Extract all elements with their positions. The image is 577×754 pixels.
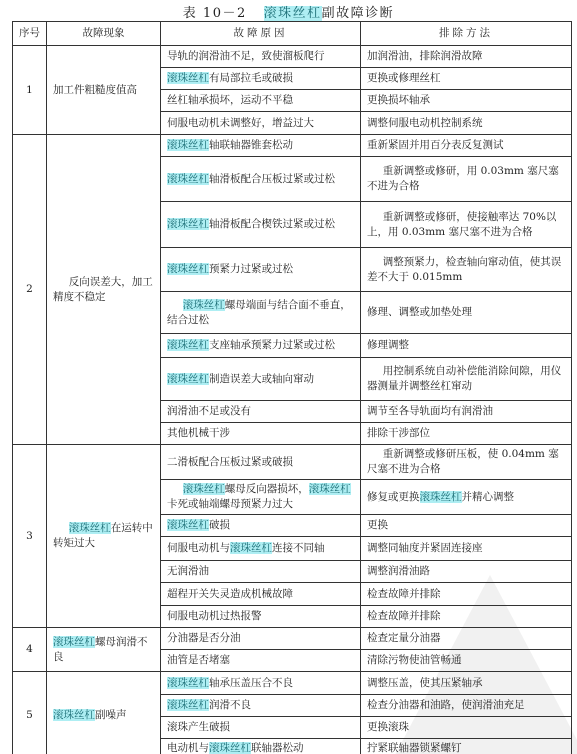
fault-cause: 滚珠丝杠制造误差大或轴向窜动: [161, 358, 361, 401]
symptom-highlight: 滚珠丝杠: [69, 522, 111, 534]
cause-text: 预紧力过紧或过松: [209, 263, 293, 275]
table-body: 1加工件粗糙度值高导轨的润滑油不足，致使溜板爬行加润滑油，排除润滑故障滚珠丝杠有…: [13, 46, 572, 754]
fault-cause: 分油器是否分油: [161, 628, 361, 650]
fix-method: 检查故障并排除: [361, 583, 572, 606]
fix-text: 检查故障并排除: [367, 588, 441, 600]
fault-cause: 伺服电动机过热报警: [161, 606, 361, 628]
cause-text: 油管是否堵塞: [167, 654, 230, 666]
title-suffix: 副故障诊断: [322, 6, 395, 21]
cause-highlight: 滚珠丝杠: [183, 483, 225, 495]
fix-text: 调整润滑油路: [367, 565, 430, 577]
symptom-highlight: 滚珠丝杠: [53, 709, 95, 721]
cause-text: 轴联轴器锥套松动: [209, 139, 293, 151]
fix-method: 检查定量分油器: [361, 628, 572, 650]
cause-text: 连接不同轴: [272, 542, 325, 554]
fix-text: 修复或更换: [367, 491, 420, 503]
row-number: 2: [13, 135, 47, 445]
fix-method: 调整预紧力，检查轴向窜动值，使其误差不大于 0.015mm: [361, 248, 572, 292]
fix-text: 调整预紧力，检查轴向窜动值，使其误差不大于 0.015mm: [367, 256, 561, 283]
row-number: 3: [13, 445, 47, 628]
fix-method: 更换损坏轴承: [361, 90, 572, 112]
cause-text: 轴滑板配合压板过紧或过松: [209, 173, 335, 185]
fault-cause: 伺服电动机与滚珠丝杠连接不同轴: [161, 537, 361, 561]
cause-highlight: 滚珠丝杠: [167, 339, 209, 351]
symptom-highlight: 滚珠丝杠: [53, 636, 95, 648]
fix-method: 检查故障并排除: [361, 606, 572, 628]
row-number: 5: [13, 672, 47, 754]
symptom-text: 副噪声: [95, 709, 127, 721]
cause-text: 支座轴承预紧力过紧或过松: [209, 339, 335, 351]
cause-highlight: 滚珠丝杠: [167, 699, 209, 711]
fault-cause: 二滑板配合压板过紧或破损: [161, 445, 361, 480]
fix-method: 调整压盖，使其压紧轴承: [361, 672, 572, 695]
header-no: 序号: [13, 22, 47, 46]
fix-method: 修理、调整或加垫处理: [361, 292, 572, 334]
fault-cause: 润滑油不足或没有: [161, 401, 361, 423]
fix-text: 调节至各导轨面均有润滑油: [367, 405, 493, 417]
cause-text: 导轨的润滑油不足，致使溜板爬行: [167, 50, 325, 62]
fault-cause: 超程开关失灵造成机械故障: [161, 583, 361, 606]
fix-method: 重新调整或修研压板，使 0.04mm 塞尺塞不进为合格: [361, 445, 572, 480]
cause-highlight: 滚珠丝杠: [167, 519, 209, 531]
fault-cause: 滚珠丝杠润滑不良: [161, 695, 361, 717]
fix-text: 重新调整或修研压板，使 0.04mm 塞尺塞不进为合格: [367, 448, 559, 475]
table-row: 3滚珠丝杠在运转中转矩过大二滑板配合压板过紧或破损重新调整或修研压板，使 0.0…: [13, 445, 572, 480]
fault-cause: 滚珠丝杠轴滑板配合楔铁过紧或过松: [161, 202, 361, 248]
cause-text: 轴滑板配合楔铁过紧或过松: [209, 218, 335, 230]
fault-cause: 滚珠丝杠螺母反向器损坏，滚珠丝杠卡死或轴端螺母预紧力过大: [161, 480, 361, 515]
fix-text: 重新调整或修研，用 0.03mm 塞尺塞不进为合格: [367, 165, 559, 192]
fault-symptom: 滚珠丝杠在运转中转矩过大: [47, 445, 161, 628]
header-cause: 故障原因: [161, 22, 361, 46]
cause-text: 制造误差大或轴向窜动: [209, 373, 314, 385]
fix-text: 修理、调整或加垫处理: [367, 306, 472, 318]
cause-highlight: 滚珠丝杠: [167, 72, 209, 84]
header-fix: 排除方法: [361, 22, 572, 46]
cause-text: 有局部拉毛或破损: [209, 72, 293, 84]
fix-text: 修理调整: [367, 339, 409, 351]
fix-text: 检查故障并排除: [367, 610, 441, 622]
fault-symptom: 反向误差大，加工精度不稳定: [47, 135, 161, 445]
fix-text: 更换滚珠: [367, 721, 409, 733]
fix-text: 拧紧联轴器锁紧螺钉: [367, 742, 462, 754]
table-row: 5滚珠丝杠副噪声滚珠丝杠轴承压盖压合不良调整压盖，使其压紧轴承: [13, 672, 572, 695]
table-row: 4滚珠丝杠螺母润滑不良分油器是否分油检查定量分油器: [13, 628, 572, 650]
cause-text: 分油器是否分油: [167, 632, 241, 644]
cause-highlight: 滚珠丝杠: [167, 263, 209, 275]
fault-symptom: 滚珠丝杠螺母润滑不良: [47, 628, 161, 672]
cause-text: 破损: [209, 519, 230, 531]
fault-cause: 伺服电动机未调整好，增益过大: [161, 112, 361, 135]
fix-method: 调整同轴度并紧固连接座: [361, 537, 572, 561]
cause-text-2: 卡死或轴端螺母预紧力过大: [167, 498, 293, 510]
fix-method: 调整润滑油路: [361, 561, 572, 583]
fix-method: 重新调整或修研，用 0.03mm 塞尺塞不进为合格: [361, 157, 572, 202]
cause-highlight: 滚珠丝杠: [183, 299, 225, 311]
table-title: 表 10－2 滚珠丝杠副故障诊断: [0, 2, 577, 21]
fix-text: 检查定量分油器: [367, 632, 441, 644]
fix-method: 排除干涉部位: [361, 423, 572, 445]
fix-method: 清除污物使油管畅通: [361, 650, 572, 672]
fault-cause: 滚珠丝杠破损: [161, 515, 361, 537]
cause-highlight: 滚珠丝杠: [230, 542, 272, 554]
cause-text: 丝杠轴承损坏，运动不平稳: [167, 94, 293, 106]
fault-cause: 滚珠丝杠预紧力过紧或过松: [161, 248, 361, 292]
fix-text: 调整压盖，使其压紧轴承: [367, 677, 483, 689]
cause-text: 螺母反向器损坏，: [225, 483, 309, 495]
header-row: 序号 故障现象 故障原因 排除方法: [13, 22, 572, 46]
fix-text: 检查分油器和油路，使润滑油充足: [367, 699, 525, 711]
fault-cause: 滚珠丝杠有局部拉毛或破损: [161, 68, 361, 90]
cause-highlight: 滚珠丝杠: [167, 173, 209, 185]
fix-method: 更换: [361, 515, 572, 537]
cause-text: 其他机械干涉: [167, 427, 230, 439]
fix-method: 加润滑油，排除润滑故障: [361, 46, 572, 68]
table-row: 1加工件粗糙度值高导轨的润滑油不足，致使溜板爬行加润滑油，排除润滑故障: [13, 46, 572, 68]
fix-method: 修复或更换滚珠丝杠并精心调整: [361, 480, 572, 515]
fix-text: 用控制系统自动补偿能消除间隙，用仪器测量并调整丝杠窜动: [367, 365, 561, 392]
cause-text: 润滑不良: [209, 699, 251, 711]
header-symptom: 故障现象: [47, 22, 161, 46]
table-row: 2反向误差大，加工精度不稳定滚珠丝杠轴联轴器锥套松动重新紧固并用百分表反复测试: [13, 135, 572, 157]
fault-symptom: 加工件粗糙度值高: [47, 46, 161, 135]
fix-text: 清除污物使油管畅通: [367, 654, 462, 666]
fix-method: 重新紧固并用百分表反复测试: [361, 135, 572, 157]
fix-text: 加润滑油，排除润滑故障: [367, 50, 483, 62]
fix-method: 调节至各导轨面均有润滑油: [361, 401, 572, 423]
title-prefix: 表 10－2: [183, 6, 247, 21]
fix-text: 更换或修理丝杠: [367, 72, 441, 84]
fault-cause: 电动机与滚珠丝杠联轴器松动: [161, 739, 361, 754]
cause-highlight: 滚珠丝杠: [167, 218, 209, 230]
cause-text: 润滑油不足或没有: [167, 405, 251, 417]
cause-text: 二滑板配合压板过紧或破损: [167, 456, 293, 468]
fix-method: 检查分油器和油路，使润滑油充足: [361, 695, 572, 717]
cause-text: 超程开关失灵造成机械故障: [167, 588, 293, 600]
fault-cause: 无润滑油: [161, 561, 361, 583]
fault-cause: 导轨的润滑油不足，致使溜板爬行: [161, 46, 361, 68]
fix-text: 更换损坏轴承: [367, 94, 430, 106]
cause-text: 联轴器松动: [251, 742, 304, 754]
fault-symptom: 滚珠丝杠副噪声: [47, 672, 161, 754]
fix-text: 调整伺服电动机控制系统: [367, 117, 483, 129]
fault-cause: 滚珠丝杠轴联轴器锥套松动: [161, 135, 361, 157]
fix-text: 排除干涉部位: [367, 427, 430, 439]
cause-highlight: 滚珠丝杠: [167, 139, 209, 151]
fault-cause: 滚珠丝杠轴滑板配合压板过紧或过松: [161, 157, 361, 202]
fix-method: 重新调整或修研，使接触率达 70%以上，用 0.03mm 塞尺塞不进为合格: [361, 202, 572, 248]
cause-highlight: 滚珠丝杠: [209, 742, 251, 754]
fix-text: 重新调整或修研，使接触率达 70%以上，用 0.03mm 塞尺塞不进为合格: [367, 211, 556, 238]
cause-text: 滚珠产生破损: [167, 721, 230, 733]
fault-cause: 滚珠丝杠轴承压盖压合不良: [161, 672, 361, 695]
fix-method: 拧紧联轴器锁紧螺钉: [361, 739, 572, 754]
cause-prefix: 电动机与: [167, 742, 209, 754]
fault-cause: 其他机械干涉: [161, 423, 361, 445]
fix-text: 调整同轴度并紧固连接座: [367, 542, 483, 554]
cause-text: 无润滑油: [167, 565, 209, 577]
cause-prefix: 伺服电动机与: [167, 542, 230, 554]
row-number: 4: [13, 628, 47, 672]
fix-text: 更换: [367, 519, 388, 531]
cause-highlight-2: 滚珠丝杠: [309, 483, 351, 495]
cause-text: 伺服电动机过热报警: [167, 610, 262, 622]
fix-method: 用控制系统自动补偿能消除间隙，用仪器测量并调整丝杠窜动: [361, 358, 572, 401]
fault-cause: 油管是否堵塞: [161, 650, 361, 672]
fix-method: 更换或修理丝杠: [361, 68, 572, 90]
cause-text: 轴承压盖压合不良: [209, 677, 293, 689]
symptom-text: 反向误差大，加工精度不稳定: [53, 276, 153, 303]
symptom-text: 加工件粗糙度值高: [53, 84, 137, 96]
fault-cause: 滚珠丝杠支座轴承预紧力过紧或过松: [161, 334, 361, 358]
fix-method: 更换滚珠: [361, 717, 572, 739]
row-number: 1: [13, 46, 47, 135]
fault-cause: 滚珠产生破损: [161, 717, 361, 739]
cause-highlight: 滚珠丝杠: [167, 373, 209, 385]
fault-cause: 丝杠轴承损坏，运动不平稳: [161, 90, 361, 112]
cause-highlight: 滚珠丝杠: [167, 677, 209, 689]
fault-cause: 滚珠丝杠螺母端面与结合面不垂直，结合过松: [161, 292, 361, 334]
fix-method: 修理调整: [361, 334, 572, 358]
fix-text-suffix: 并精心调整: [462, 491, 515, 503]
fix-text: 重新紧固并用百分表反复测试: [367, 139, 504, 151]
cause-text: 伺服电动机未调整好，增益过大: [167, 117, 314, 129]
title-highlight: 滚珠丝杠: [264, 6, 322, 21]
fix-method: 调整伺服电动机控制系统: [361, 112, 572, 135]
fix-highlight: 滚珠丝杠: [420, 491, 462, 503]
fault-diagnosis-table: 序号 故障现象 故障原因 排除方法 1加工件粗糙度值高导轨的润滑油不足，致使溜板…: [12, 21, 572, 754]
